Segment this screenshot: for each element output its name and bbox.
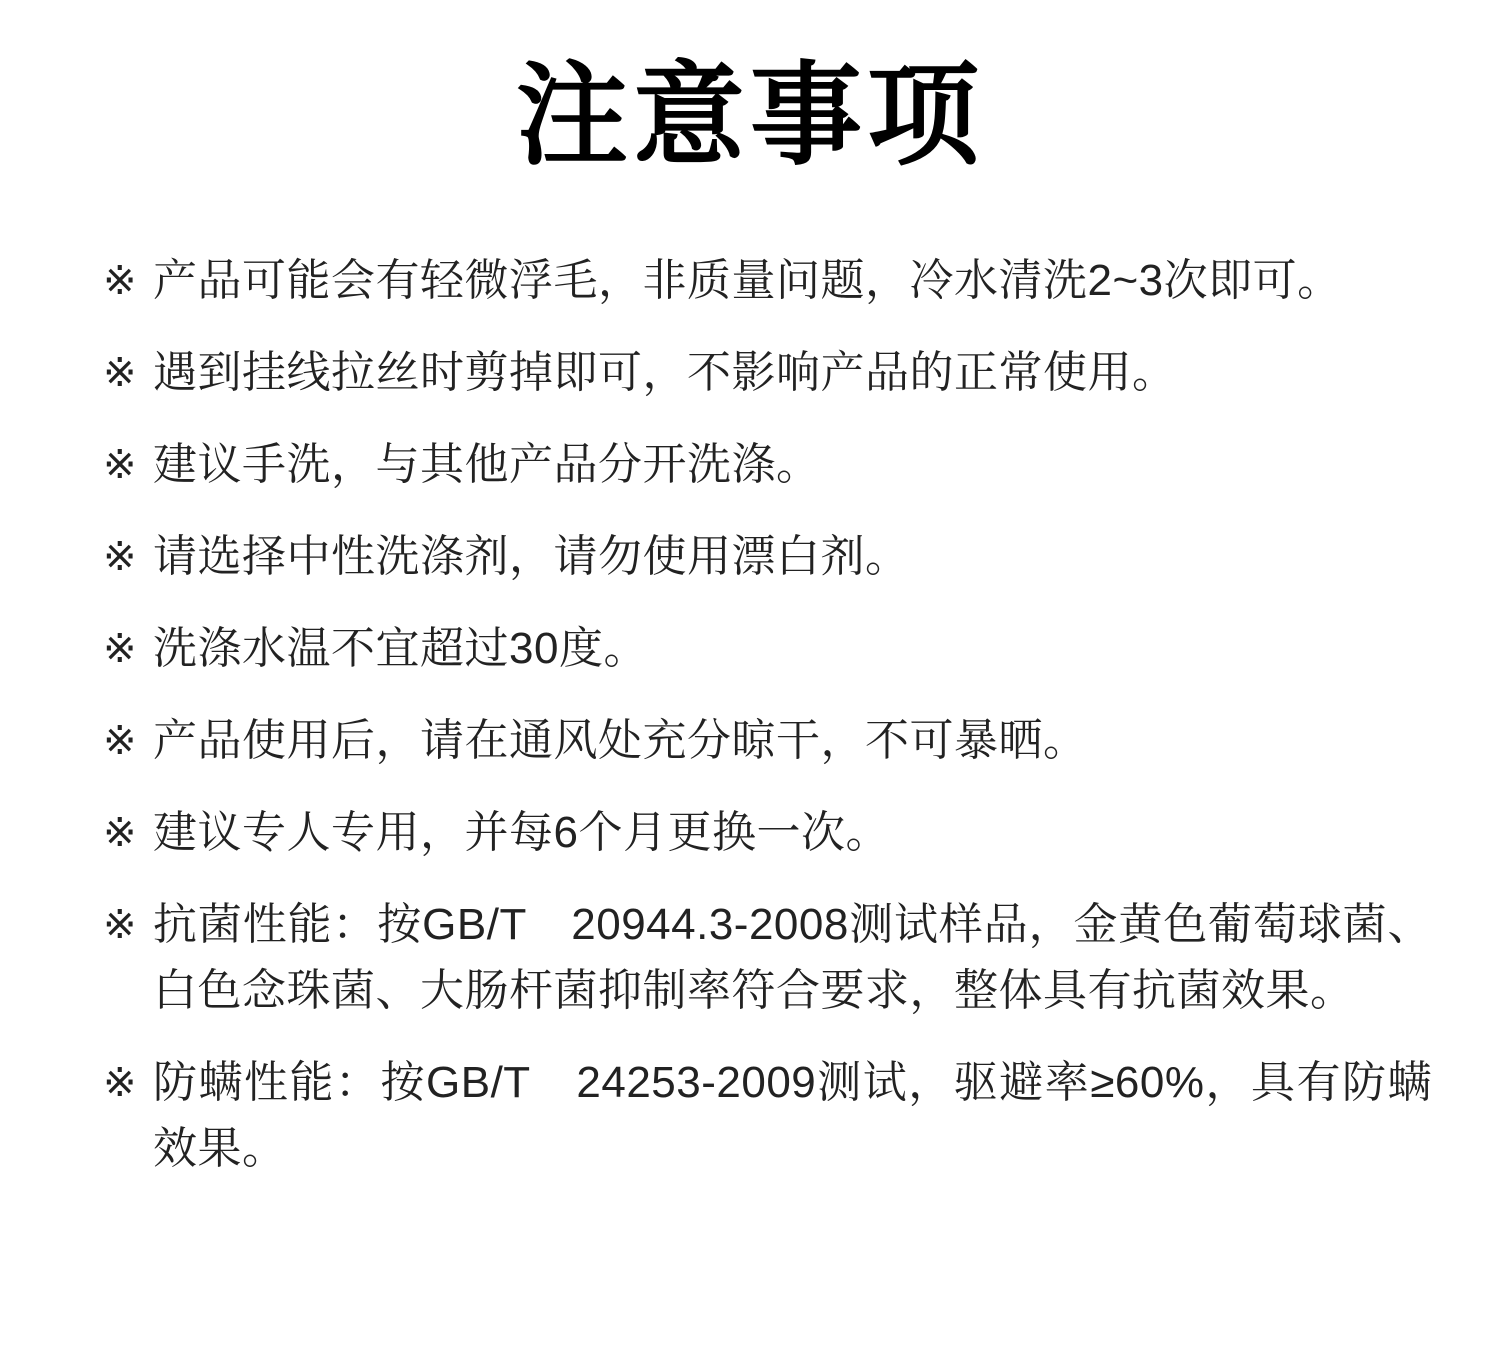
reference-mark-bullet: ※ xyxy=(103,616,153,682)
note-item: ※ 建议手洗，与其他产品分开洗涤。 xyxy=(103,432,1432,498)
note-text: 请选择中性洗涤剂，请勿使用漂白剂。 xyxy=(153,524,1432,590)
note-text: 产品可能会有轻微浮毛，非质量问题，冷水清洗2~3次即可。 xyxy=(153,248,1432,314)
reference-mark-bullet: ※ xyxy=(103,708,153,774)
reference-mark-bullet: ※ xyxy=(103,248,153,314)
precautions-page: 注意事项 ※ 产品可能会有轻微浮毛，非质量问题，冷水清洗2~3次即可。 ※ 遇到… xyxy=(0,0,1500,1352)
note-text: 产品使用后，请在通风处充分晾干，不可暴晒。 xyxy=(153,708,1432,774)
reference-mark-bullet: ※ xyxy=(103,800,153,866)
reference-mark-bullet: ※ xyxy=(103,432,153,498)
note-item: ※ 洗涤水温不宜超过30度。 xyxy=(103,616,1432,682)
notes-list: ※ 产品可能会有轻微浮毛，非质量问题，冷水清洗2~3次即可。 ※ 遇到挂线拉丝时… xyxy=(103,248,1432,1182)
note-text: 建议专人专用，并每6个月更换一次。 xyxy=(153,800,1432,866)
reference-mark-bullet: ※ xyxy=(103,340,153,406)
page-title: 注意事项 xyxy=(0,46,1500,186)
note-item: ※ 请选择中性洗涤剂，请勿使用漂白剂。 xyxy=(103,524,1432,590)
note-item: ※ 抗菌性能：按GB/T 20944.3-2008测试样品，金黄色葡萄球菌、白色… xyxy=(103,892,1432,1024)
note-item: ※ 遇到挂线拉丝时剪掉即可，不影响产品的正常使用。 xyxy=(103,340,1432,406)
note-item: ※ 防螨性能：按GB/T 24253-2009测试，驱避率≥60%，具有防螨效果… xyxy=(103,1050,1432,1182)
reference-mark-bullet: ※ xyxy=(103,892,153,958)
reference-mark-bullet: ※ xyxy=(103,524,153,590)
reference-mark-bullet: ※ xyxy=(103,1050,153,1116)
note-text: 遇到挂线拉丝时剪掉即可，不影响产品的正常使用。 xyxy=(153,340,1432,406)
note-text: 防螨性能：按GB/T 24253-2009测试，驱避率≥60%，具有防螨效果。 xyxy=(153,1050,1432,1182)
note-item: ※ 产品可能会有轻微浮毛，非质量问题，冷水清洗2~3次即可。 xyxy=(103,248,1432,314)
note-item: ※ 产品使用后，请在通风处充分晾干，不可暴晒。 xyxy=(103,708,1432,774)
note-item: ※ 建议专人专用，并每6个月更换一次。 xyxy=(103,800,1432,866)
note-text: 建议手洗，与其他产品分开洗涤。 xyxy=(153,432,1432,498)
note-text: 抗菌性能：按GB/T 20944.3-2008测试样品，金黄色葡萄球菌、白色念珠… xyxy=(153,892,1432,1024)
note-text: 洗涤水温不宜超过30度。 xyxy=(153,616,1432,682)
